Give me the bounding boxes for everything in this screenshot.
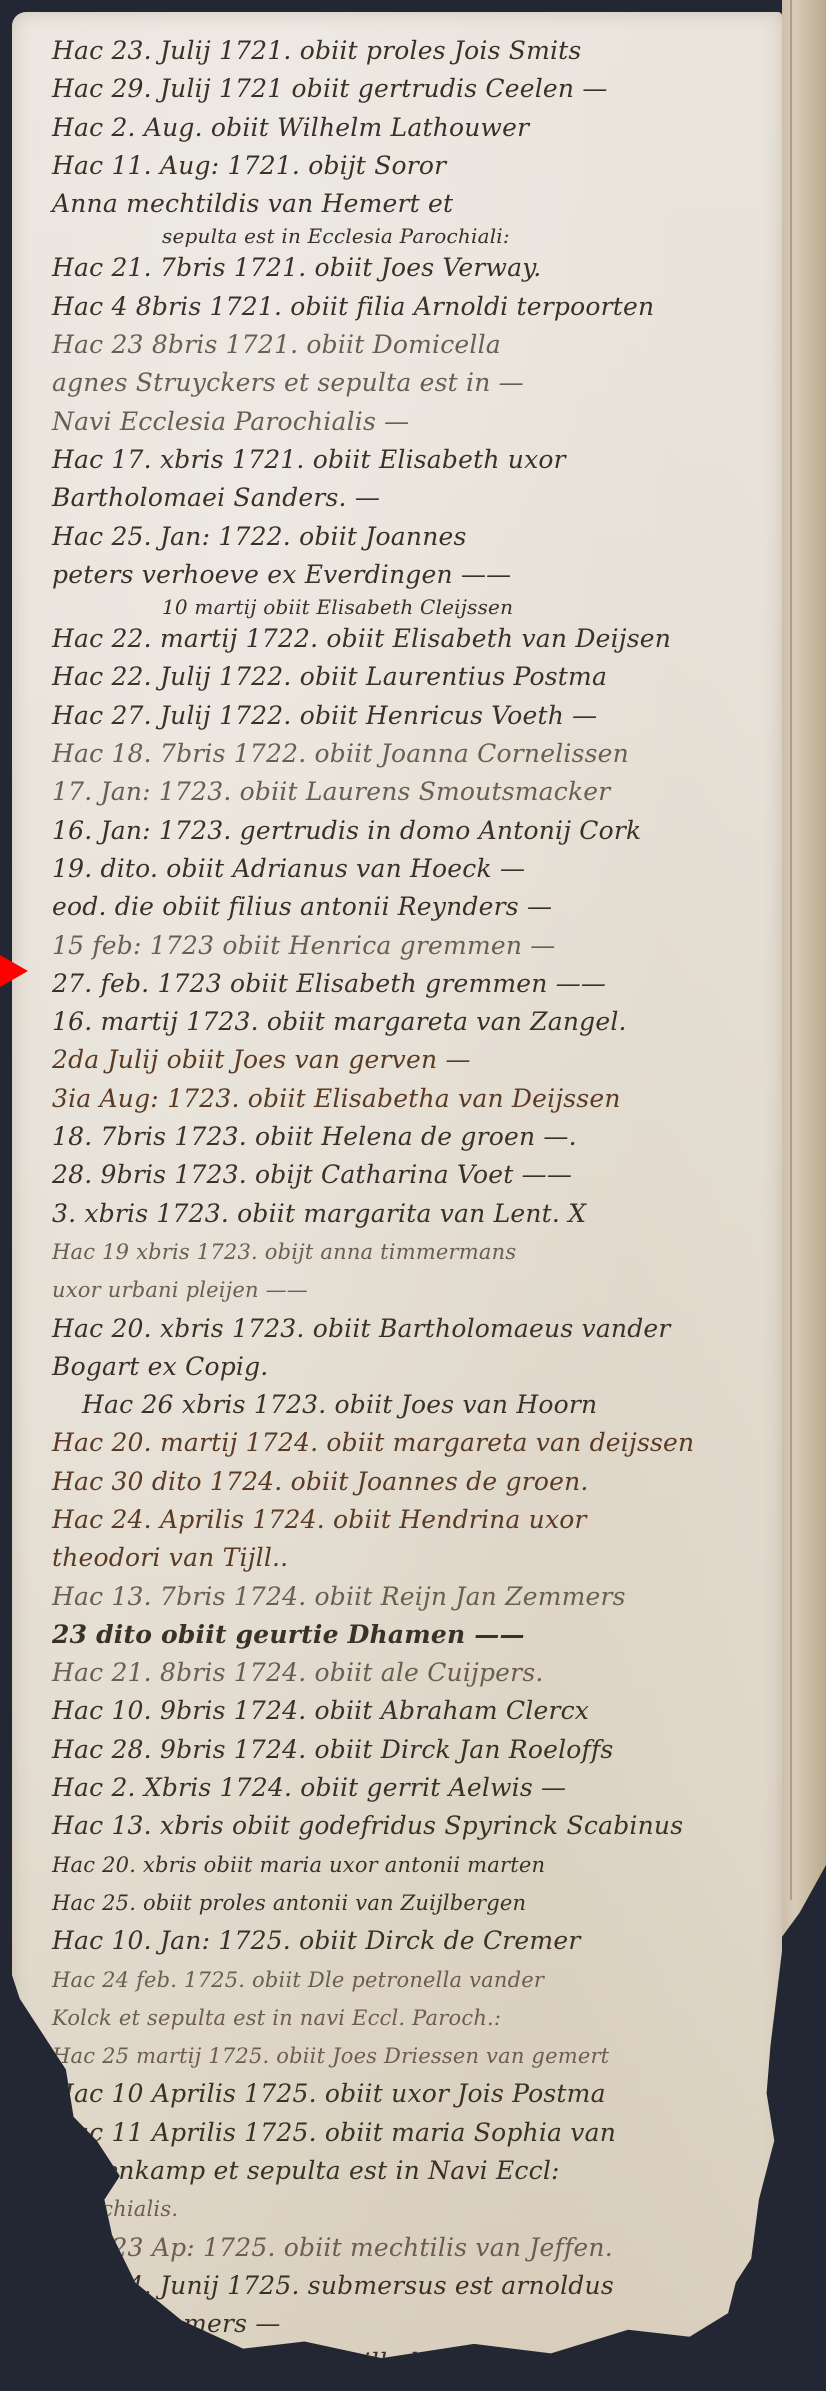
binding-crease: [790, 0, 792, 1900]
register-line: Hac 2. Aug. obiit Wilhelm Lathouwer: [52, 109, 782, 147]
register-line: Hac 2. Xbris 1724. obiit gerrit Aelwis —: [52, 1769, 782, 1807]
register-line: Hac 20. martij 1724. obiit margareta van…: [52, 1424, 782, 1462]
register-line: 27. feb. 1723 obiit Elisabeth gremmen ——: [52, 965, 782, 1003]
register-line: Hac 24 feb. 1725. obiit Dle petronella v…: [52, 1961, 782, 1999]
register-line: Hac 27. Julij 1722. obiit Henricus Voeth…: [52, 697, 782, 735]
register-line-marked: 15 feb: 1723 obiit Henrica gremmen —: [52, 927, 782, 965]
register-line: Bogart ex Copig.: [52, 1348, 782, 1386]
manuscript-page: Hac 23. Julij 1721. obiit proles Jois Sm…: [12, 12, 782, 2377]
burial-register-entries: Hac 23. Julij 1721. obiit proles Jois Sm…: [52, 32, 782, 2382]
register-line: 19. dito. obiit Adrianus van Hoeck —: [52, 850, 782, 888]
register-line: eod. die obiit filius antonii Reynders —: [52, 888, 782, 926]
register-line: Hac 21. 7bris 1721. obiit Joes Verway.: [52, 249, 782, 287]
register-line: 17. Jan: 1723. obiit Laurens Smoutsmacke…: [52, 773, 782, 811]
register-line: Hac 20. xbris 1723. obiit Bartholomaeus …: [52, 1310, 782, 1348]
register-line: Hac 10. Jan: 1725. obiit Dirck de Cremer: [52, 1922, 782, 1960]
register-line: 10 martij obiit Elisabeth Cleijssen: [52, 594, 782, 620]
register-line: Hac 28. 9bris 1724. obiit Dirck Jan Roel…: [52, 1731, 782, 1769]
register-line: Hac 14. Junij 1725. submersus est arnold…: [52, 2267, 782, 2305]
register-line: Hac 17. xbris 1721. obiit Elisabeth uxor: [52, 441, 782, 479]
register-line: Parochialis.: [52, 2190, 782, 2228]
register-line: peters verhoeve ex Everdingen ——: [52, 556, 782, 594]
register-line: Hac 19 xbris 1723. obijt anna timmermans: [52, 1233, 782, 1271]
register-line: Hac 30 dito 1724. obiit Joannes de groen…: [52, 1463, 782, 1501]
register-line: Hac 23 Ap: 1725. obiit mechtilis van Jef…: [52, 2229, 782, 2267]
register-line: Hac 4 8bris 1721. obiit filia Arnoldi te…: [52, 288, 782, 326]
register-line: Degenkamp et sepulta est in Navi Eccl:: [52, 2152, 782, 2190]
register-line: sepulta est in Ecclesia Parochiali:: [52, 223, 782, 249]
register-line: Hac 10 Aprilis 1725. obiit uxor Jois Pos…: [52, 2075, 782, 2113]
register-line: Hac 20. xbris obiit maria uxor antonii m…: [52, 1846, 782, 1884]
register-line: Hac 24. Aprilis 1724. obiit Hendrina uxo…: [52, 1501, 782, 1539]
register-line: uxor urbani pleijen ——: [52, 1271, 782, 1309]
register-line: Hac 25. Jan: 1722. obiit Joannes: [52, 518, 782, 556]
register-line: Hac 11. Aug: 1721. obijt Soror: [52, 147, 782, 185]
register-line: Hac 25. obiit proles antonii van Zuijlbe…: [52, 1884, 782, 1922]
register-line: Hac 11 Aprilis 1725. obiit maria Sophia …: [52, 2114, 782, 2152]
register-line: theodori van Tijll..: [52, 1539, 782, 1577]
register-line: Bartholomaei Sanders. —: [52, 479, 782, 517]
register-line: Hac 13. xbris obiit godefridus Spyrinck …: [52, 1807, 782, 1845]
register-line: 16. Jan: 1723. gertrudis in domo Antonij…: [52, 812, 782, 850]
register-line: Hac 23. Julij 1721. obiit proles Jois Sm…: [52, 32, 782, 70]
register-line: 16. martij 1723. obiit margareta van Zan…: [52, 1003, 782, 1041]
register-line: 18. 7bris 1723. obiit Helena de groen —.: [52, 1118, 782, 1156]
register-line: Hac 18. 7bris 1722. obiit Joanna Corneli…: [52, 735, 782, 773]
register-line: Hac 22. Julij 1722. obiit Laurentius Pos…: [52, 658, 782, 696]
register-line: Kolck et sepulta est in navi Eccl. Paroc…: [52, 1999, 782, 2037]
register-line: Anna mechtildis van Hemert et: [52, 185, 782, 223]
register-line: Hac 29. Julij 1721 obiit gertrudis Ceele…: [52, 70, 782, 108]
register-line: 3. xbris 1723. obiit margarita van Lent.…: [52, 1195, 782, 1233]
register-line: Hac 23 8bris 1721. obiit Domicella: [52, 326, 782, 364]
register-line: agnes Struyckers et sepulta est in —: [52, 364, 782, 402]
register-line: 28. 9bris 1723. obijt Catharina Voet ——: [52, 1156, 782, 1194]
register-line: Hac 22. martij 1722. obiit Elisabeth van…: [52, 620, 782, 658]
register-line: Hac 26 xbris 1723. obiit Joes van Hoorn: [52, 1386, 782, 1424]
register-line: Hac 10. 9bris 1724. obiit Abraham Clercx: [52, 1692, 782, 1730]
register-line: 2da Julij obiit Joes van gerven —: [52, 1041, 782, 1079]
red-arrow-marker-icon: [0, 955, 28, 987]
register-line: Hac 13. 7bris 1724. obiit Reijn Jan Zemm…: [52, 1578, 782, 1616]
register-line: Navi Ecclesia Parochialis —: [52, 403, 782, 441]
register-line: 3ia Aug: 1723. obiit Elisabetha van Deij…: [52, 1080, 782, 1118]
register-line: Hac 25 martij 1725. obiit Joes Driessen …: [52, 2037, 782, 2075]
register-line: 23 dito obiit geurtie Dhamen ——: [52, 1616, 782, 1654]
register-line: Hac 21. 8bris 1724. obiit ale Cuijpers.: [52, 1654, 782, 1692]
